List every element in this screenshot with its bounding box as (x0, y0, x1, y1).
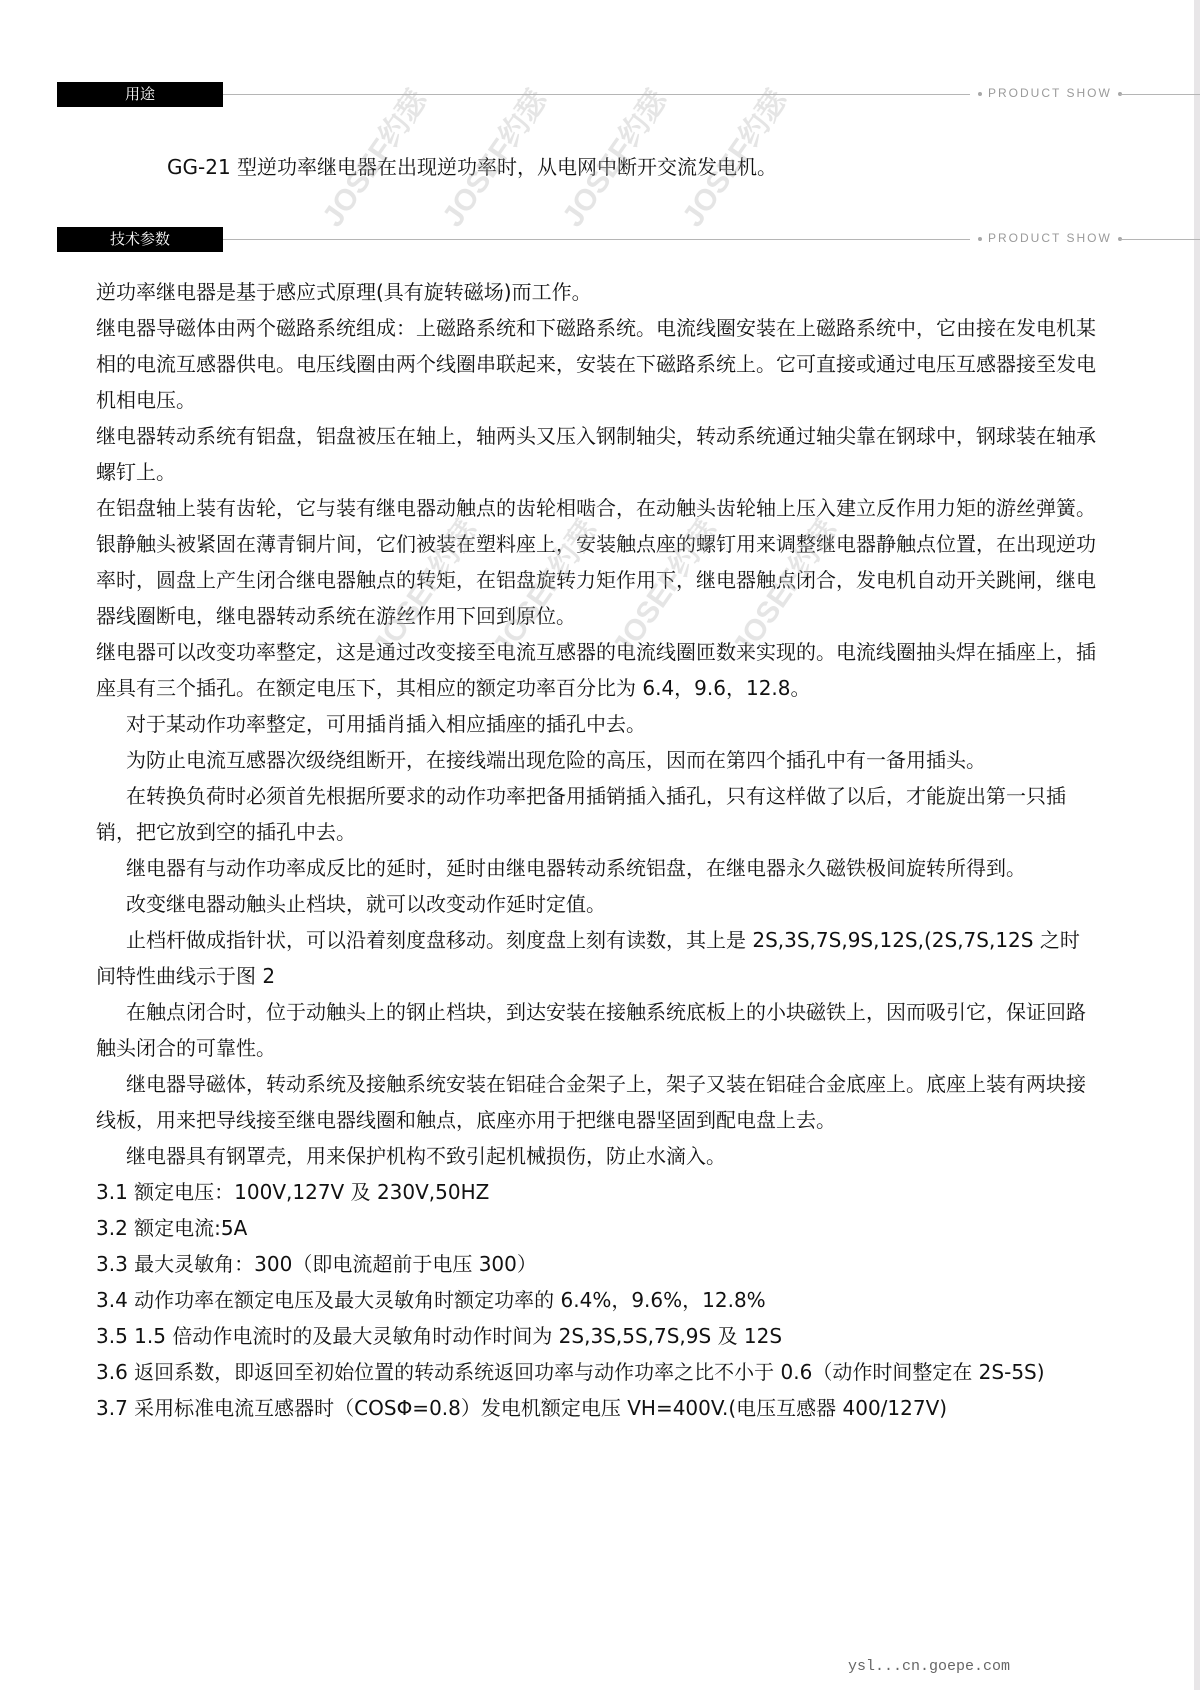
paragraph: 继电器具有钢罩壳，用来保护机构不致引起机械损伤，防止水滴入。 (96, 1138, 1096, 1174)
spec-item: 3.4 动作功率在额定电压及最大灵敏角时额定功率的 6.4%，9.6%，12.8… (96, 1282, 1096, 1318)
paragraph: 在触点闭合时，位于动触头上的钢止档块，到达安装在接触系统底板上的小块磁铁上，因而… (96, 994, 1096, 1066)
spec-item: 3.7 采用标准电流互感器时（COSΦ=0.8）发电机额定电压 VH=400V.… (96, 1390, 1096, 1426)
paragraph: 在铝盘轴上装有齿轮，它与装有继电器动触点的齿轮相啮合，在动触头齿轮轴上压入建立反… (96, 490, 1096, 526)
divider-line (223, 94, 970, 95)
paragraph: 在转换负荷时必须首先根据所要求的动作功率把备用插销插入插孔，只有这样做了以后，才… (96, 778, 1096, 850)
section-header-specs: 技术参数 PRODUCT SHOW (57, 227, 1147, 252)
page-edge (1194, 0, 1200, 1690)
section-title: 用途 (57, 82, 223, 107)
paragraph: 逆功率继电器是基于感应式原理(具有旋转磁场)而工作。 (96, 274, 1096, 310)
section-header-usage: 用途 PRODUCT SHOW (57, 82, 1147, 107)
section-tag: PRODUCT SHOW (972, 231, 1128, 245)
usage-text: GG-21 型逆功率继电器在出现逆功率时，从电网中断开交流发电机。 (167, 151, 777, 183)
divider-line (223, 239, 970, 240)
paragraph: 继电器转动系统有铝盘，铝盘被压在轴上，轴两头又压入钢制轴尖，转动系统通过轴尖靠在… (96, 418, 1096, 490)
spec-item: 3.1 额定电压：100V,127V 及 230V,50HZ (96, 1174, 1096, 1210)
paragraph: 对于某动作功率整定，可用插肖插入相应插座的插孔中去。 (96, 706, 1096, 742)
paragraph: 改变继电器动触头止档块，就可以改变动作延时定值。 (96, 886, 1096, 922)
tech-description: 逆功率继电器是基于感应式原理(具有旋转磁场)而工作。 继电器导磁体由两个磁路系统… (96, 274, 1096, 1426)
spec-item: 3.3 最大灵敏角：300（即电流超前于电压 300） (96, 1246, 1096, 1282)
dot-icon (978, 92, 982, 96)
site-watermark: ysl...cn.goepe.com (848, 1658, 1010, 1675)
paragraph: 继电器导磁体，转动系统及接触系统安装在铝硅合金架子上，架子又装在铝硅合金底座上。… (96, 1066, 1096, 1138)
paragraph: 继电器可以改变功率整定，这是通过改变接至电流互感器的电流线圈匝数来实现的。电流线… (96, 634, 1096, 706)
paragraph: 继电器有与动作功率成反比的延时，延时由继电器转动系统铝盘，在继电器永久磁铁极间旋… (96, 850, 1096, 886)
divider-line (1120, 94, 1200, 95)
paragraph: 为防止电流互感器次级绕组断开，在接线端出现危险的高压，因而在第四个插孔中有一备用… (96, 742, 1096, 778)
paragraph: 止档杆做成指针状，可以沿着刻度盘移动。刻度盘上刻有读数，其上是 2S,3S,7S… (96, 922, 1096, 994)
section-title: 技术参数 (57, 227, 223, 252)
spec-item: 3.5 1.5 倍动作电流时的及最大灵敏角时动作时间为 2S,3S,5S,7S,… (96, 1318, 1096, 1354)
spec-item: 3.6 返回系数，即返回至初始位置的转动系统返回功率与动作功率之比不小于 0.6… (96, 1354, 1096, 1390)
paragraph: 继电器导磁体由两个磁路系统组成：上磁路系统和下磁路系统。电流线圈安装在上磁路系统… (96, 310, 1096, 418)
divider-line (1120, 239, 1200, 240)
spec-item: 3.2 额定电流:5A (96, 1210, 1096, 1246)
paragraph: 银静触头被紧固在薄青铜片间，它们被装在塑料座上，安装触点座的螺钉用来调整继电器静… (96, 526, 1096, 634)
dot-icon (978, 237, 982, 241)
section-tag: PRODUCT SHOW (972, 86, 1128, 100)
